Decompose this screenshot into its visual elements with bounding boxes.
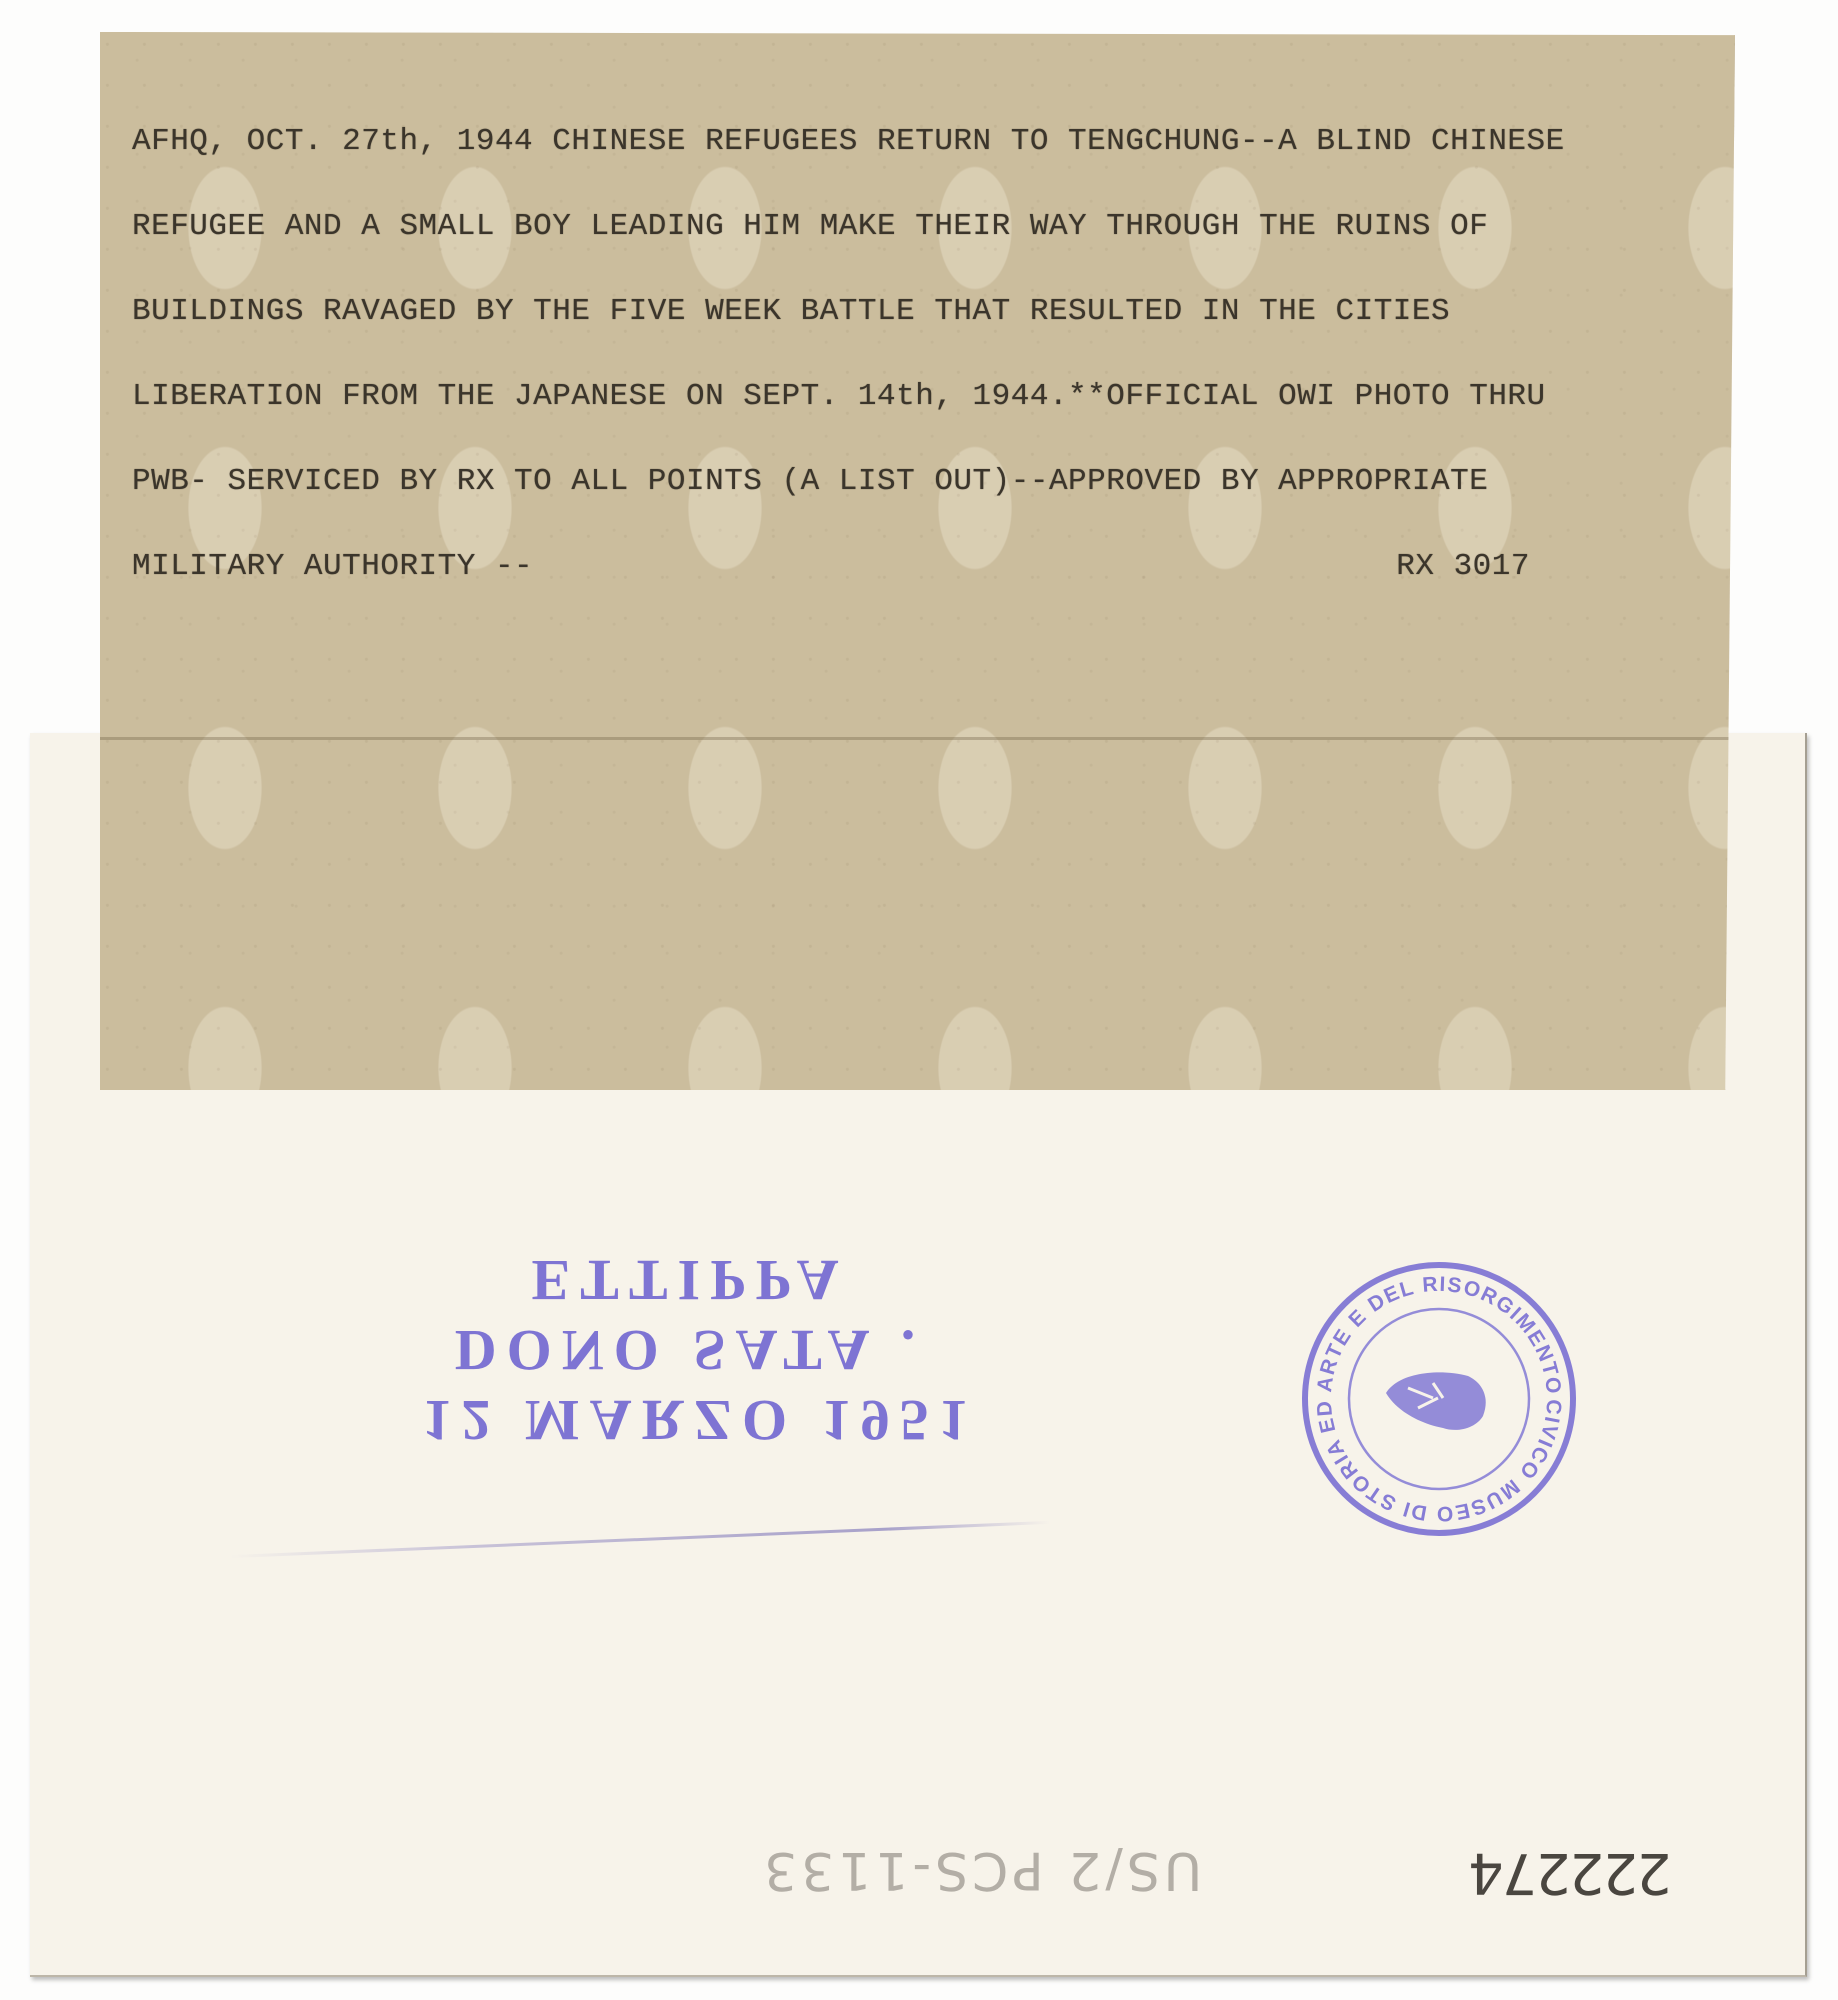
pencil-reference: US/2 PCS-1133 <box>760 1840 1202 1900</box>
caption-authority: MILITARY AUTHORITY -- <box>132 547 533 632</box>
caption-last-line: MILITARY AUTHORITY -- RX 3017 <box>132 547 1705 632</box>
donation-stamp: 12 MARZO 1951 DONO SATA . ETTIPPA <box>290 1245 1090 1455</box>
inventory-number: 222274 <box>1470 1840 1672 1905</box>
caption-line: PWB- SERVICED BY RX TO ALL POINTS (A LIS… <box>132 462 1705 547</box>
museum-seal-icon: CIVICO MUSEO DI STORIA ED ARTE E DEL RIS… <box>1298 1258 1580 1540</box>
caption-reference-number: RX 3017 <box>1396 547 1530 632</box>
caption-line: BUILDINGS RAVAGED BY THE FIVE WEEK BATTL… <box>132 292 1705 377</box>
caption-slip: AFHQ, OCT. 27th, 1944 CHINESE REFUGEES R… <box>100 32 1735 1090</box>
typed-caption: AFHQ, OCT. 27th, 1944 CHINESE REFUGEES R… <box>132 122 1705 632</box>
ink-streak <box>230 1521 1049 1558</box>
caption-line: REFUGEE AND A SMALL BOY LEADING HIM MAKE… <box>132 207 1705 292</box>
stamp-donor: DONO SATA . ETTIPPA <box>290 1245 1090 1385</box>
caption-line: LIBERATION FROM THE JAPANESE ON SEPT. 14… <box>132 377 1705 462</box>
stamp-date: 12 MARZO 1951 <box>300 1385 1100 1455</box>
caption-line: AFHQ, OCT. 27th, 1944 CHINESE REFUGEES R… <box>132 122 1705 207</box>
slip-fold-line <box>100 737 1735 740</box>
